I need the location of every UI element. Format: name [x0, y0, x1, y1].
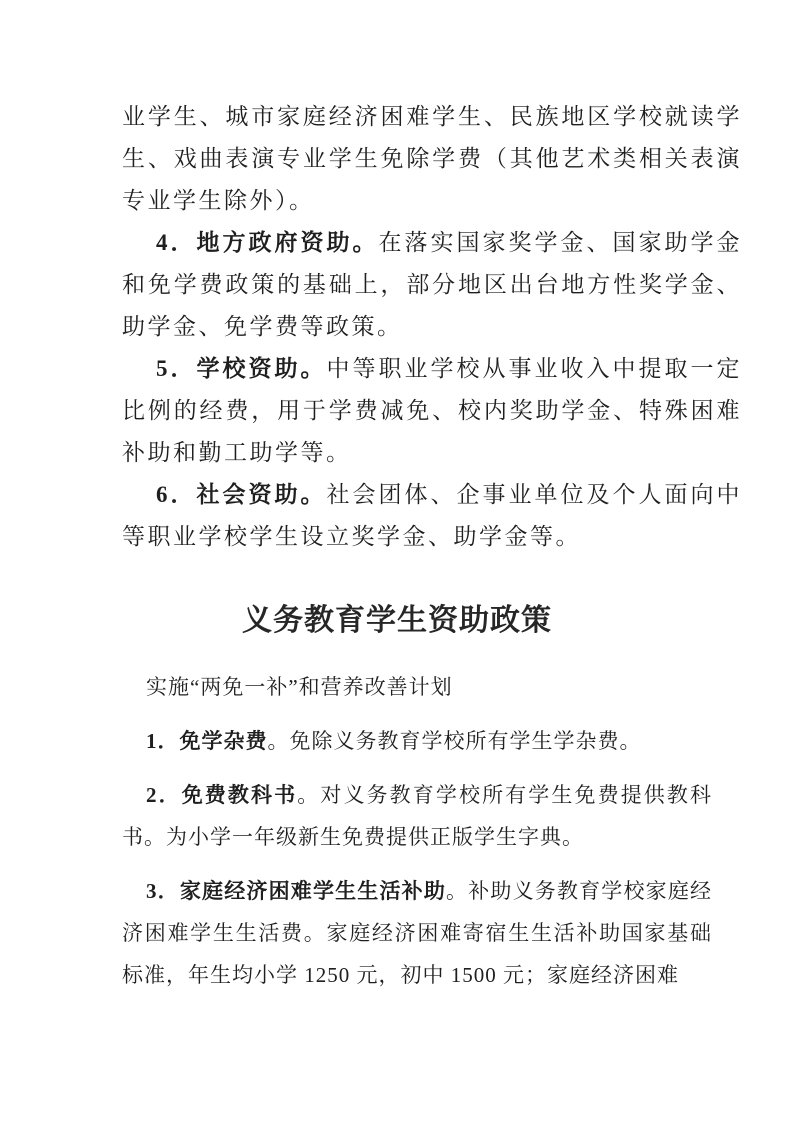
section-compulsory-education-subsidies: 实施“两免一补”和营养改善计划 1．免学杂费。免除义务教育学校所有学生学杂费。 …: [122, 666, 712, 996]
paragraph-lead-bold: 3．家庭经济困难学生生活补助: [146, 879, 446, 903]
paragraph-lead-bold: 4．地方政府资助。: [156, 230, 379, 255]
document-page: 业学生、城市家庭经济困难学生、民族地区学校就读学生、戏曲表演专业学生免除学费（其…: [0, 0, 793, 1122]
paragraph-tuition-waiver-continued: 业学生、城市家庭经济困难学生、民族地区学校就读学生、戏曲表演专业学生免除学费（其…: [122, 96, 742, 222]
section-vocational-school-subsidies: 业学生、城市家庭经济困难学生、民族地区学校就读学生、戏曲表演专业学生免除学费（其…: [122, 96, 742, 558]
paragraph-intro: 实施“两免一补”和营养改善计划: [122, 666, 712, 708]
paragraph-living-allowance: 3．家庭经济困难学生生活补助。补助义务教育学校家庭经济困难学生生活费。家庭经济困…: [122, 870, 712, 996]
paragraph-school-aid: 5．学校资助。中等职业学校从事业收入中提取一定比例的经费，用于学费减免、校内奖助…: [122, 348, 742, 474]
paragraph-lead-bold: 2．免费教科书: [146, 783, 297, 807]
paragraph-local-government-aid: 4．地方政府资助。在落实国家奖学金、国家助学金和免学费政策的基础上，部分地区出台…: [122, 222, 742, 348]
paragraph-social-aid: 6．社会资助。社会团体、企事业单位及个人面向中等职业学校学生设立奖学金、助学金等…: [122, 474, 742, 558]
paragraph-text: 实施“两免一补”和营养改善计划: [146, 675, 453, 699]
paragraph-text: 免除义务教育学校所有学生学杂费。: [290, 729, 642, 753]
paragraph-free-textbooks: 2．免费教科书。对义务教育学校所有学生免费提供教科书。为小学一年级新生免费提供正…: [122, 774, 712, 858]
paragraph-lead-bold: 5．学校资助。: [156, 356, 327, 381]
page-title: 义务教育学生资助政策: [52, 598, 742, 644]
paragraph-fee-exemption: 1．免学杂费。免除义务教育学校所有学生学杂费。: [122, 720, 712, 762]
paragraph-lead-separator: 。: [268, 729, 290, 753]
paragraph-text: 业学生、城市家庭经济困难学生、民族地区学校就读学生、戏曲表演专业学生免除学费（其…: [122, 104, 742, 213]
paragraph-lead-bold: 1．免学杂费: [146, 729, 268, 753]
paragraph-lead-bold: 6．社会资助。: [156, 482, 327, 507]
paragraph-lead-separator: 。: [446, 879, 468, 903]
paragraph-lead-separator: 。: [297, 783, 320, 807]
